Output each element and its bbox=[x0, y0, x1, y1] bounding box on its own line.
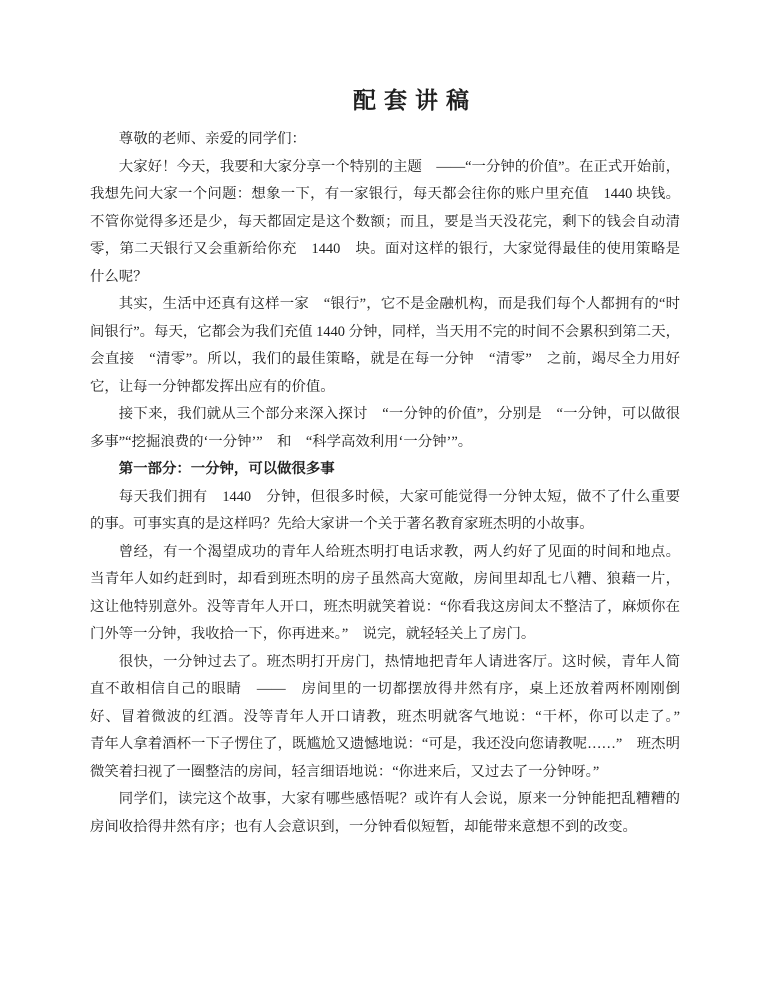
paragraph-time-bank: 其实，生活中还真有这样一家 “银行”，它不是金融机构，而是我们每个人都拥有的“时… bbox=[90, 291, 680, 401]
paragraph-story-begin: 曾经，有一个渴望成功的青年人给班杰明打电话求教，两人约好了见面的时间和地点。当青… bbox=[90, 539, 680, 649]
document-page: 配套讲稿 尊敬的老师、亲爱的同学们： 大家好！今天，我要和大家分享一个特别的主题… bbox=[0, 0, 770, 1000]
paragraph-salutation: 尊敬的老师、亲爱的同学们： bbox=[90, 126, 680, 154]
paragraph-intro-money-bank: 大家好！今天，我要和大家分享一个特别的主题 ——“一分钟的价值”。在正式开始前，… bbox=[90, 154, 680, 292]
paragraph-outline-three-parts: 接下来，我们就从三个部分来深入探讨 “一分钟的价值”，分别是 “一分钟，可以做很… bbox=[90, 401, 680, 456]
document-title: 配套讲稿 bbox=[120, 84, 710, 118]
document-content: 配套讲稿 尊敬的老师、亲爱的同学们： 大家好！今天，我要和大家分享一个特别的主题… bbox=[90, 84, 680, 841]
section-heading-part1: 第一部分：一分钟，可以做很多事 bbox=[90, 456, 680, 484]
paragraph-story-end: 很快，一分钟过去了。班杰明打开房门，热情地把青年人请进客厅。这时候，青年人简直不… bbox=[90, 649, 680, 787]
paragraph-1440-minutes: 每天我们拥有 1440 分钟，但很多时候，大家可能觉得一分钟太短，做不了什么重要… bbox=[90, 484, 680, 539]
paragraph-reflection: 同学们，读完这个故事，大家有哪些感悟呢？或许有人会说，原来一分钟能把乱糟糟的房间… bbox=[90, 786, 680, 841]
